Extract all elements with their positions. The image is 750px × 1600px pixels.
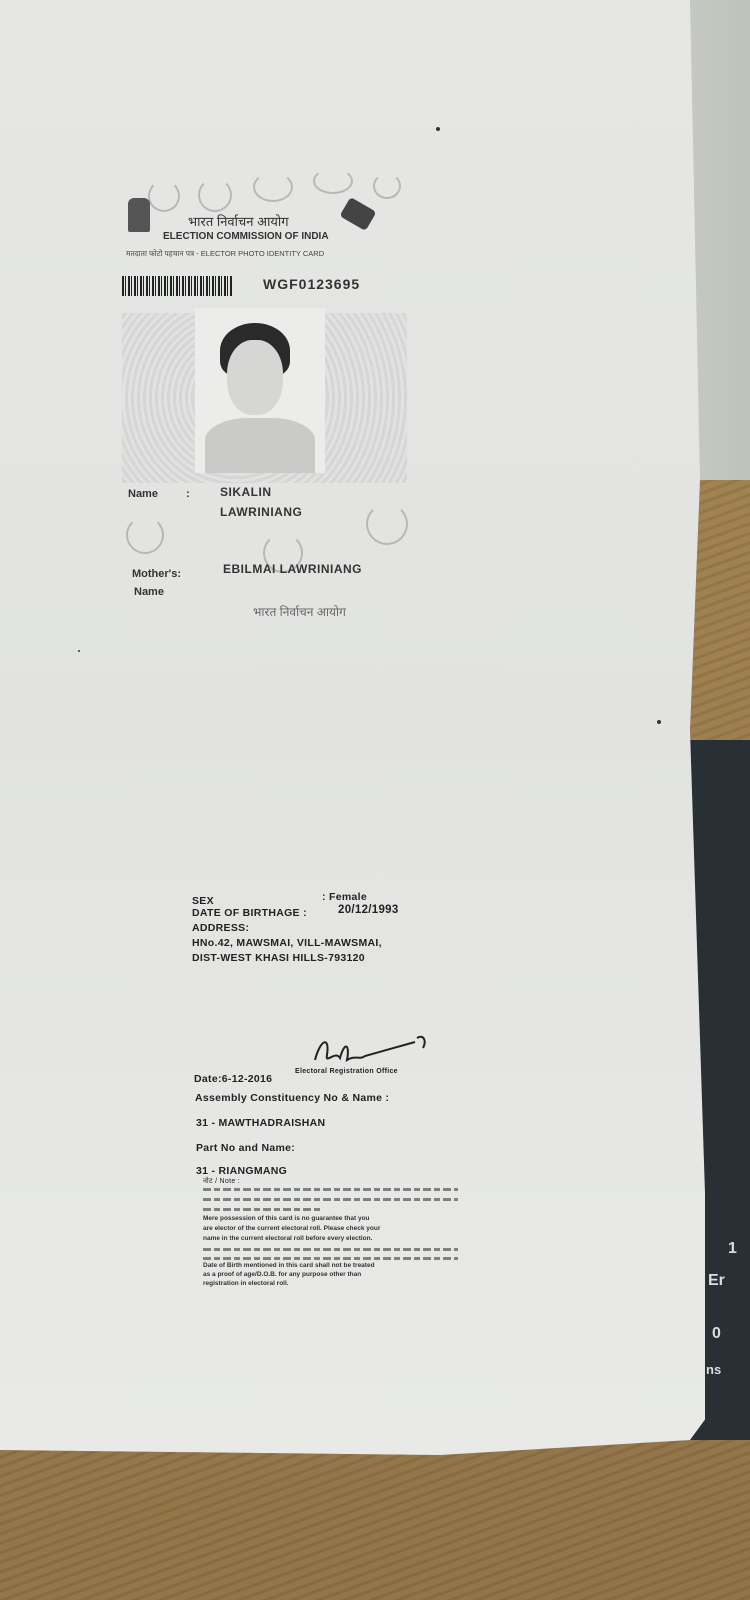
document-paper: भारत निर्वाचन आयोग ELECTION COMMISSION O…: [0, 0, 705, 1455]
note-text: name in the current electoral roll befor…: [203, 1235, 372, 1242]
side-text: ns: [706, 1362, 721, 1377]
name-separator: :: [186, 488, 190, 500]
side-text: 1: [728, 1240, 737, 1258]
mother-label: Mother's:: [132, 568, 181, 580]
mother-label-2: Name: [134, 586, 164, 598]
note-text: Mere possession of this card is no guara…: [203, 1215, 370, 1222]
dob-value: 20/12/1993: [338, 904, 399, 916]
hindi-note-line: [203, 1257, 458, 1260]
constituency-label: Assembly Constituency No & Name :: [195, 1092, 389, 1104]
voter-id-card-front: भारत निर्वाचन आयोग ELECTION COMMISSION O…: [118, 178, 413, 643]
watermark-swirl-icon: [373, 173, 401, 199]
hindi-note-line: [203, 1198, 458, 1201]
barcode: [122, 276, 232, 296]
address-label: ADDRESS:: [192, 922, 249, 934]
name-line1: SIKALIN: [220, 485, 272, 499]
evm-logo-icon: [340, 197, 377, 231]
hindi-note-line: [203, 1248, 458, 1251]
note-label: नोट / Note :: [203, 1177, 240, 1186]
hindi-watermark-text: भारत निर्वाचन आयोग: [253, 603, 346, 620]
signatory-title: Electoral Registration Office: [295, 1068, 398, 1075]
watermark-swirl-icon: [198, 178, 232, 212]
name-label: Name: [128, 488, 158, 500]
epic-number: WGF0123695: [263, 276, 360, 292]
watermark-swirl-icon: [148, 180, 180, 212]
watermark-swirl-icon: [126, 516, 164, 554]
paper-speck: [78, 650, 80, 652]
hindi-title: भारत निर्वाचन आयोग: [188, 212, 289, 230]
side-text: 0: [712, 1325, 721, 1343]
note-text: registration in electoral roll.: [203, 1280, 289, 1287]
hindi-note-line: [203, 1188, 458, 1191]
holder-photo: [195, 308, 325, 473]
dob-label: DATE OF BIRTHAGE :: [192, 907, 307, 919]
part-value: 31 - RIANGMANG: [196, 1165, 287, 1177]
note-text: are elector of the current electoral rol…: [203, 1225, 380, 1232]
photo-face: [227, 340, 283, 415]
watermark-swirl-icon: [253, 172, 293, 202]
hindi-note-line: [203, 1208, 323, 1211]
name-line2: LAWRINIANG: [220, 505, 302, 519]
address-line1: HNo.42, MAWSMAI, VILL-MAWSMAI,: [192, 937, 382, 949]
english-title: ELECTION COMMISSION OF INDIA: [163, 231, 329, 242]
note-text: as a proof of age/D.O.B. for any purpose…: [203, 1271, 361, 1278]
note-text: Date of Birth mentioned in this card sha…: [203, 1262, 375, 1269]
watermark-swirl-icon: [313, 168, 353, 194]
sex-value: : Female: [322, 891, 367, 903]
side-text: Er: [708, 1272, 725, 1290]
ashoka-emblem-icon: [128, 198, 150, 232]
watermark-swirl-icon: [366, 503, 408, 545]
photo-body: [205, 418, 315, 473]
issue-date: Date:6-12-2016: [194, 1073, 272, 1085]
part-label: Part No and Name:: [196, 1142, 295, 1154]
card-subtitle: मतदाता फोटो पहचान पत्र - ELECTOR PHOTO I…: [126, 249, 324, 259]
paper-speck: [657, 720, 661, 724]
constituency-value: 31 - MAWTHADRAISHAN: [196, 1117, 325, 1129]
paper-speck: [436, 127, 440, 131]
address-line2: DIST-WEST KHASI HILLS-793120: [192, 952, 365, 964]
sex-label: SEX: [192, 895, 214, 907]
mother-name: EBILMAI LAWRINIANG: [223, 562, 362, 576]
signature: [305, 1030, 435, 1070]
